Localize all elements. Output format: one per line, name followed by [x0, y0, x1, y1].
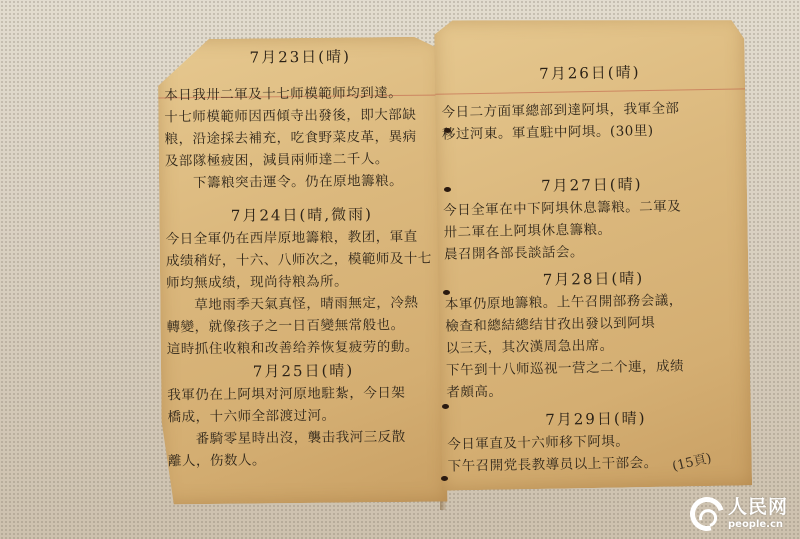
binding-stitch — [444, 187, 451, 192]
entry-date: 7月29日(晴) — [441, 405, 751, 431]
diary-entry-jul-23: 7月23日(晴) 本日我卅二軍及十七师模範师均到達。 十七师模範师因西傾寺出發後… — [158, 45, 445, 195]
diary-entry-jul-24: 7月24日(晴,微雨) 今日全軍仍在西岸原地籌粮，教团，軍直 成绩稍好，十六、八… — [159, 203, 446, 361]
diary-entry-jul-27: 7月27日(晴) 今日全軍在中下阿埧休息籌粮。二軍及 卅二軍在上阿埧休息籌粮。 … — [437, 171, 749, 265]
entry-line: 师均無成绩，现尚待粮為所。 — [160, 270, 445, 295]
entry-line: 粮，沿途採去補充，吃食野菜皮革，異病 — [159, 126, 444, 151]
diary-entry-jul-28: 7月28日(晴) 本軍仍原地籌粮。上午召開部務会議， 檢查和總結總结甘孜出發以到… — [438, 265, 750, 403]
diary-right-page: 7月26日(晴) 今日二方面軍總部到達阿埧，我軍全部 移过河東。軍直駐中阿埧。(… — [434, 15, 752, 490]
entry-line: 這時抓住收粮和改善给养恢复疲劳的動。 — [161, 336, 446, 361]
watermark-text: 人民网 people.cn — [728, 498, 788, 530]
diary-entry-jul-25: 7月25日(晴) 我軍仍在上阿埧对河原地駐紮，今日架 橋成，十六师全部渡过河。 … — [161, 359, 447, 473]
entry-date: 7月25日(晴) — [161, 359, 446, 383]
entry-date: 7月27日(晴) — [437, 171, 747, 197]
entry-line: 者頗高。 — [440, 376, 750, 403]
entry-date: 7月23日(晴) — [158, 45, 443, 69]
entry-line: 離人，伤数人。 — [162, 447, 447, 472]
entry-line: 本日我卅二軍及十七师模範师均到達。 — [158, 82, 443, 107]
binding-stitch — [444, 128, 451, 133]
entry-line: 轉變，就像孩子之一日百變無常般也。 — [160, 314, 445, 339]
watermark-name: 人民网 — [728, 498, 788, 517]
watermark-domain: people.cn — [728, 520, 788, 530]
entry-date: 7月28日(晴) — [438, 265, 748, 291]
entry-line: 晨召開各部長談話会。 — [438, 238, 748, 265]
diary-left-page: 7月23日(晴) 本日我卅二軍及十七师模範师均到達。 十七师模範师因西傾寺出發後… — [158, 37, 448, 505]
entry-line: 及部隊極疲困，減員兩师達二千人。 — [159, 148, 444, 173]
binding-stitch — [441, 476, 448, 481]
entry-line: 我軍仍在上阿埧对河原地駐紮，今日架 — [161, 382, 446, 407]
entry-date: 7月26日(晴) — [435, 59, 745, 85]
entry-line: 下籌粮突击運令。仍在原地籌粮。 — [159, 170, 444, 195]
entry-line: 成绩稍好，十六、八师次之，模範师及十七 — [160, 248, 445, 273]
entry-line: 今日全軍仍在西岸原地籌粮，教团，軍直 — [160, 226, 445, 251]
people-daily-logo-icon — [684, 491, 730, 537]
diary-entry-jul-26: 7月26日(晴) 今日二方面軍總部到達阿埧，我軍全部 移过河東。軍直駐中阿埧。(… — [435, 59, 746, 145]
entry-line: 草地雨季天氣真怪，晴雨無定，冷熱 — [160, 292, 445, 317]
people-cn-watermark: 人民网 people.cn — [690, 492, 796, 536]
binding-stitch — [443, 290, 450, 295]
binding-stitch — [442, 404, 449, 409]
entry-line: 橋成，十六师全部渡过河。 — [161, 404, 446, 429]
entry-line: 十七师模範师因西傾寺出發後，即大部缺 — [158, 104, 443, 129]
entry-line: 番騎零星時出沒，襲击我河三反散 — [162, 425, 447, 450]
entry-date: 7月24日(晴,微雨) — [159, 203, 444, 227]
entry-line: 移过河東。軍直駐中阿埧。(30里) — [436, 118, 746, 145]
